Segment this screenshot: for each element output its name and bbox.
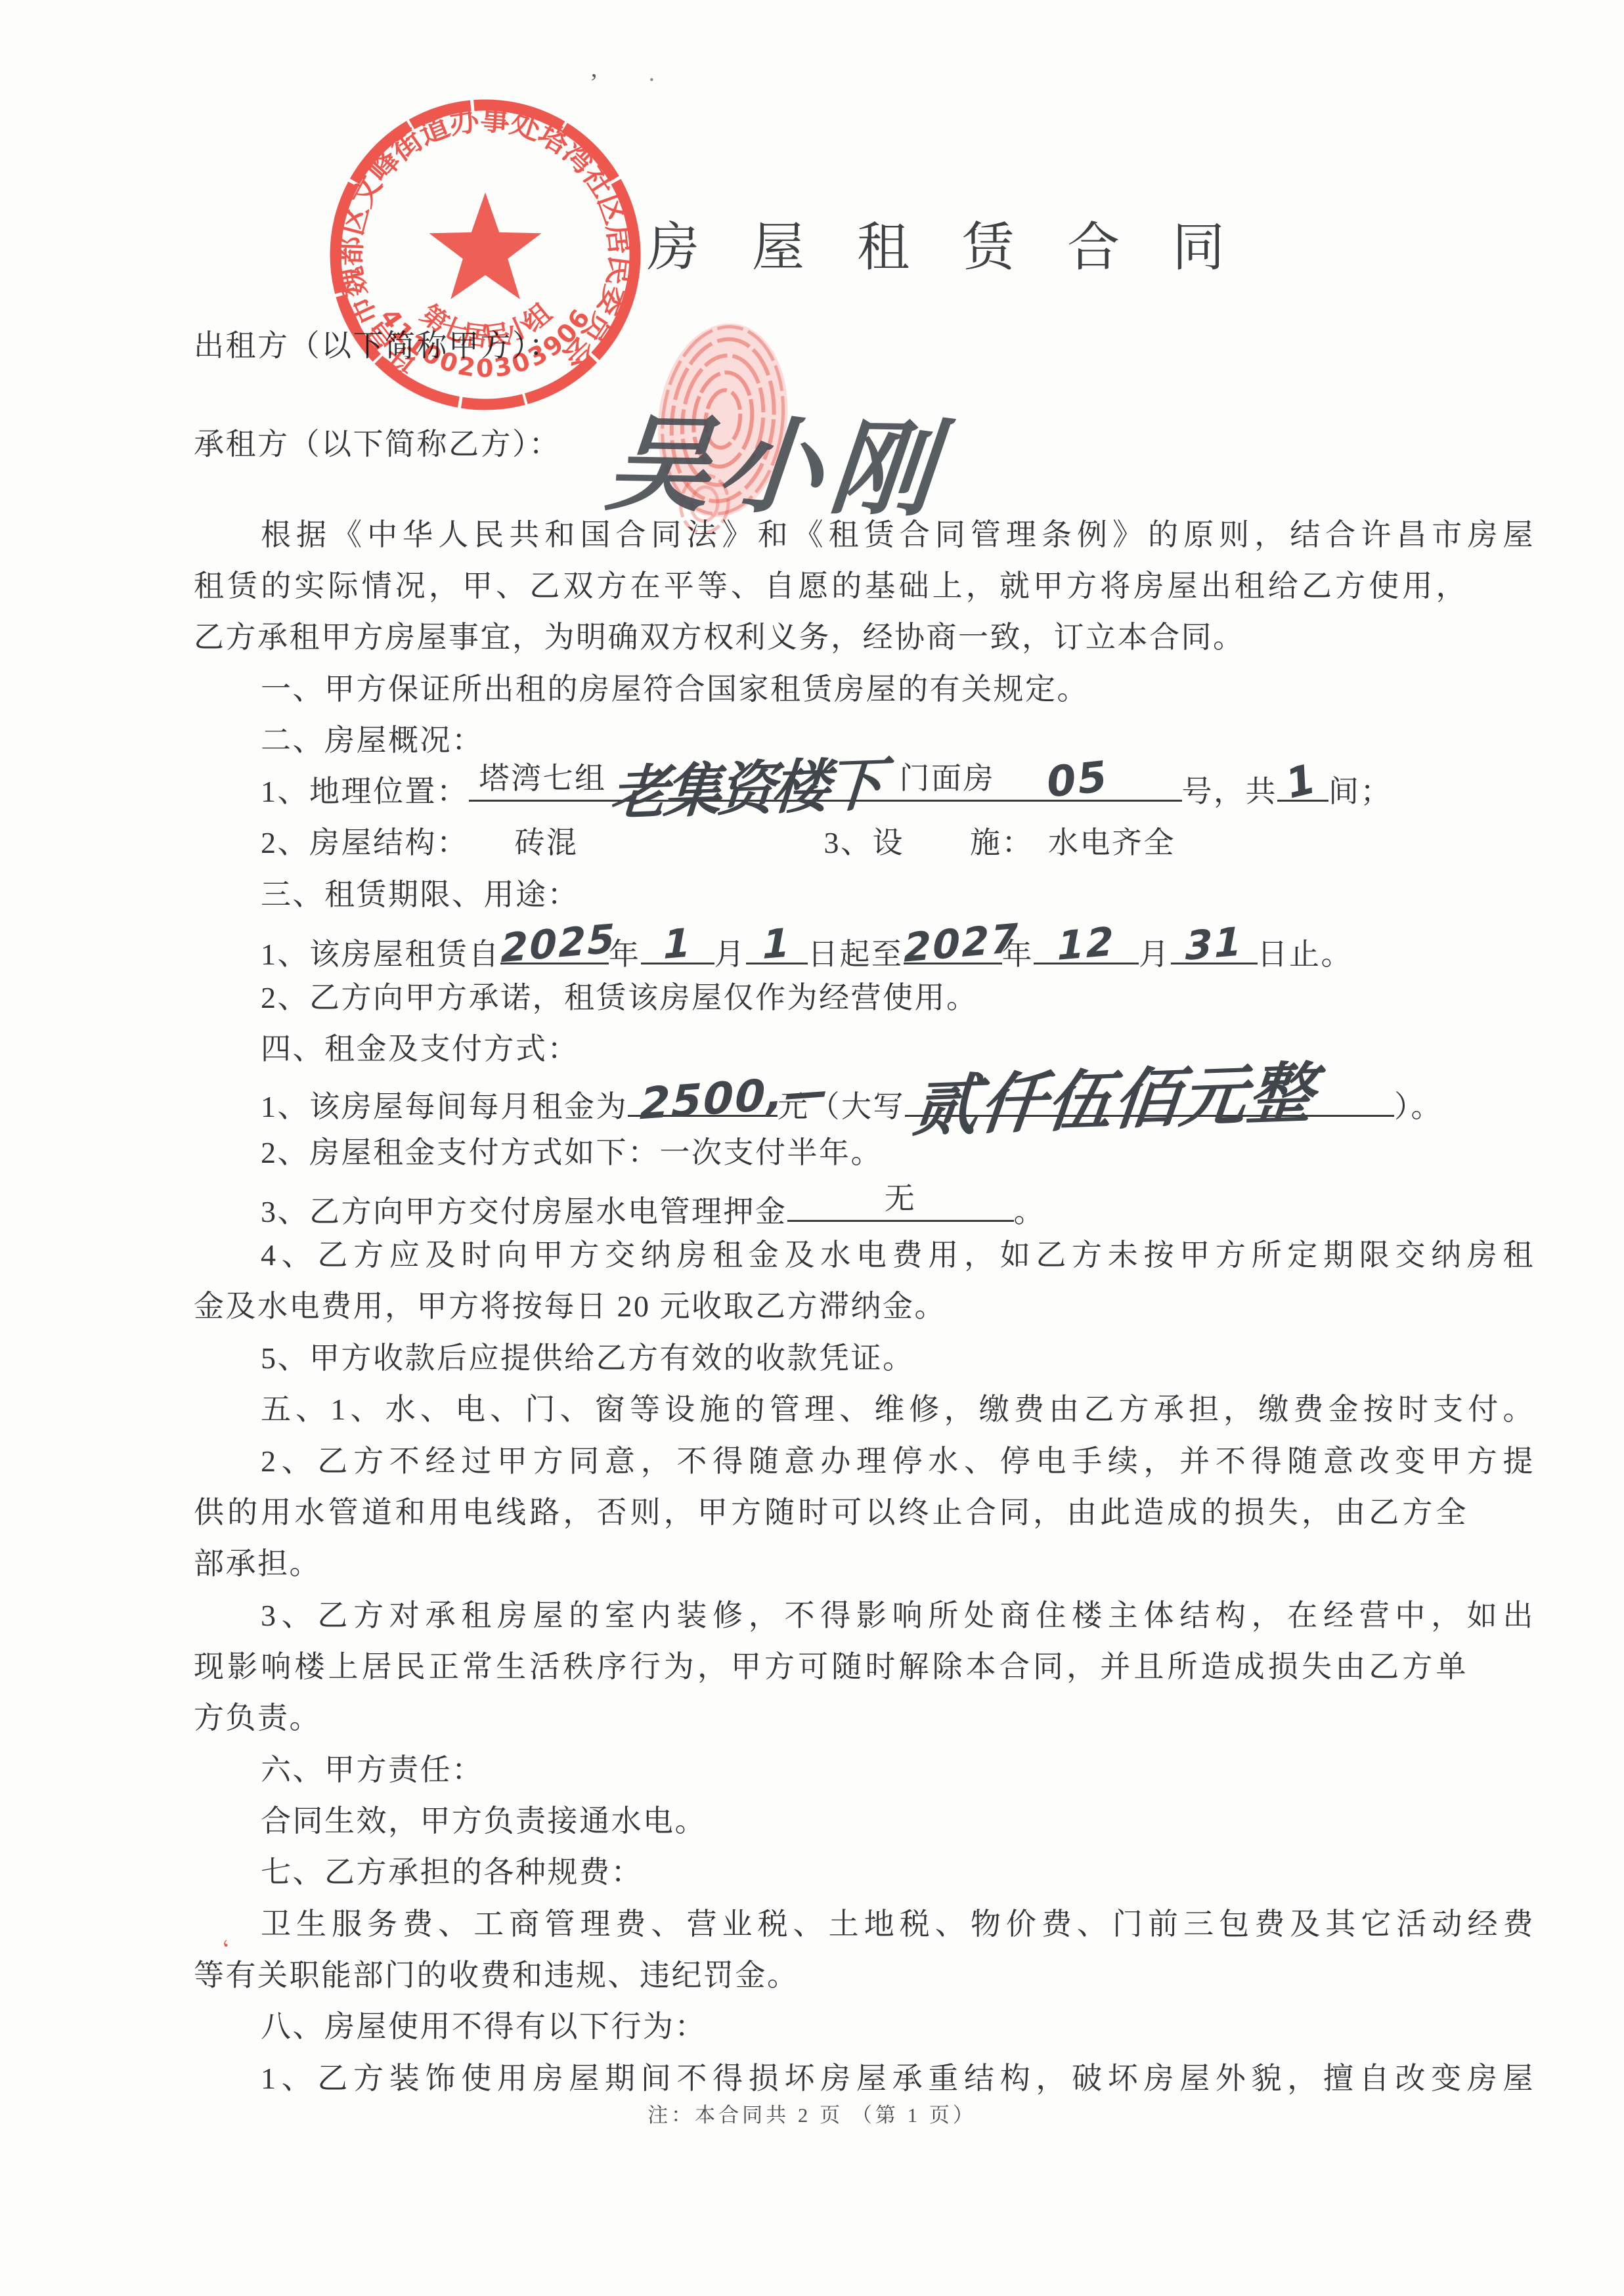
facility-value: 水电齐全 <box>1048 823 1175 863</box>
contract-line-seven-b1: 卫生服务费、工商管理费、营业税、土地税、物价费、门前三包费及其它活动经费 <box>194 1905 1535 1944</box>
official-seal-stamp: 许昌市魏都区文峰街道办事处塔湾社区居民委员会 第七居民小组 4110020303… <box>321 91 649 419</box>
handwritten-month2: 12 <box>1034 920 1138 968</box>
lessee-line: 承租方（以下简称乙方）： <box>194 420 561 464</box>
location-mid-label: 号，共 <box>1182 775 1278 808</box>
contract-line-five3c: 方负责。 <box>194 1699 1468 1738</box>
facility-label2: 施： <box>970 823 1034 863</box>
rent-suffix: ）。 <box>1394 1090 1443 1123</box>
contract-line-five2a: 2、乙方不经过甲方同意，不得随意办理停水、停电手续，并不得随意改变甲方提 <box>194 1442 1535 1481</box>
contract-line-intro2: 租赁的实际情况，甲、乙双方在平等、自愿的基础上，就甲方将房屋出租给乙方使用， <box>194 567 1468 606</box>
deposit-value: 无 <box>787 1179 1014 1219</box>
contract-line-clause1: 一、甲方保证所出租的房屋符合国家租赁房屋的有关规定。 <box>194 670 1535 709</box>
contract-line-pay4a: 4、乙方应及时向甲方交纳房租金及水电费用，如乙方未按甲方所定期限交纳房租 <box>194 1236 1535 1275</box>
contract-line-five1: 五、1、水、电、门、窗等设施的管理、维修，缴费由乙方承担，缴费金按时支付。 <box>194 1390 1535 1429</box>
contract-line-six-head: 六、甲方责任： <box>194 1750 1535 1790</box>
handwritten-rent-capital: 贰仟伍佰元整 <box>911 1073 1317 1127</box>
contract-line-five3b: 现影响楼上居民正常生活秩序行为，甲方可随时解除本合同，并且所造成损失由乙方单 <box>194 1647 1468 1687</box>
deposit-blank-underline: 无 <box>787 1183 1014 1222</box>
contract-line-seven-head: 七、乙方承担的各种规费： <box>194 1853 1535 1892</box>
contract-line-location: 1、地理位置：塔湾七组老集资楼下门面房05号，共1间； <box>194 763 1535 812</box>
year2-blank-underline: 2027 <box>904 926 1002 964</box>
rooms-blank-underline: 1 <box>1277 763 1328 802</box>
contract-line-pay4b: 金及水电费用，甲方将按每日 20 元收取乙方滞纳金。 <box>194 1287 1468 1326</box>
contract-line-eight-head: 八、房屋使用不得有以下行为： <box>194 2007 1535 2047</box>
handwritten-room-count: 1 <box>1282 758 1321 804</box>
contract-line-five2c: 部承担。 <box>194 1544 1468 1584</box>
end-label: 日止。 <box>1258 938 1353 971</box>
handwritten-day2: 31 <box>1171 921 1257 968</box>
seal-star-icon <box>429 192 541 299</box>
location-printed-type: 门面房 <box>900 759 996 798</box>
handwritten-day1: 1 <box>746 922 808 966</box>
contract-line-structure: 2、房屋结构：砖混3、设施：水电齐全 <box>194 823 1535 863</box>
contract-line-deposit: 3、乙方向甲方交付房屋水电管理押金无。 <box>194 1183 1535 1232</box>
contract-line-pay5: 5、甲方收款后应提供给乙方有效的收款凭证。 <box>194 1339 1535 1378</box>
handwritten-rent-amount: 2500,— <box>639 1072 830 1125</box>
contract-line-five2b: 供的用水管道和用电线路，否则，甲方随时可以终止合同，由此造成的损失，由乙方全 <box>194 1493 1468 1532</box>
rent-label: 1、该房屋每间每月租金为 <box>261 1090 628 1123</box>
until-label: 日起至 <box>808 938 904 971</box>
handwritten-location: 老集资楼下 <box>609 765 881 813</box>
location-suffix: 间； <box>1328 775 1392 808</box>
day1-blank-underline: 1 <box>746 926 808 964</box>
handwritten-signature: 吴小刚 <box>601 381 949 536</box>
contract-page: ’ · ‘ 房 屋 租 赁 合 同 许昌市魏都区文峰街道办事处塔湾社区居民委员会… <box>0 0 1624 2296</box>
rent-caps-underline: 贰仟伍佰元整 <box>905 1078 1394 1117</box>
handwritten-year1: 2025 <box>500 920 608 969</box>
deposit-suffix: 。 <box>1014 1195 1046 1228</box>
location-label: 1、地理位置： <box>261 775 469 808</box>
structure-label: 2、房屋结构： <box>261 826 469 859</box>
contract-line-seven-b2: 等有关职能部门的收费和违规、违纪罚金。 <box>194 1956 1468 1995</box>
handwritten-month1: 1 <box>641 921 714 967</box>
contract-line-clause4-head: 四、租金及支付方式： <box>194 1029 1535 1069</box>
contract-title: 房 屋 租 赁 合 同 <box>647 205 1244 280</box>
month-label: 月 <box>714 938 747 971</box>
contract-line-rent: 1、该房屋每间每月租金为2500,—元（大写贰仟伍佰元整）。 <box>194 1078 1535 1127</box>
rent-amount-underline: 2500,— <box>628 1078 778 1117</box>
contract-line-five3a: 3、乙方对承租房屋的室内装修，不得影响所处商住楼主体结构，在经营中，如出 <box>194 1596 1535 1635</box>
month-label: 月 <box>1139 938 1171 971</box>
structure-value: 砖混 <box>515 823 579 863</box>
contract-line-intro3: 乙方承租甲方房屋事宜，为明确双方权利义务，经协商一致，订立本合同。 <box>194 618 1468 657</box>
contract-line-six-body: 合同生效，甲方负责接通水电。 <box>194 1802 1535 1841</box>
location-blank-underline: 塔湾七组老集资楼下门面房05 <box>469 763 1182 802</box>
contract-line-clause3-head: 三、租赁期限、用途： <box>194 875 1535 915</box>
year1-blank-underline: 2025 <box>500 926 609 964</box>
contract-line-pay2: 2、房屋租金支付方式如下：一次支付半年。 <box>194 1133 1535 1173</box>
month2-blank-underline: 12 <box>1034 926 1139 964</box>
month1-blank-underline: 1 <box>641 926 714 964</box>
contract-line-lease-term: 1、该房屋租赁自2025年1月1日起至2027年12月31日止。 <box>194 926 1535 974</box>
contract-line-eight-b1: 1、乙方装饰使用房屋期间不得损坏房屋承重结构，破坏房屋外貌，擅自改变房屋 <box>194 2059 1535 2098</box>
lease-term-label: 1、该房屋租赁自 <box>261 938 500 971</box>
handwritten-year2: 2027 <box>904 920 1001 968</box>
deposit-label: 3、乙方向甲方交付房屋水电管理押金 <box>261 1195 787 1228</box>
facility-label: 3、设 <box>824 823 905 863</box>
handwritten-door-number: 05 <box>1045 757 1110 803</box>
location-printed-area: 塔湾七组 <box>479 759 607 798</box>
contract-line-use: 2、乙方向甲方承诺，租赁该房屋仅作为经营使用。 <box>194 978 1535 1018</box>
page-footer-note: 注：本合同共 2 页 （第 1 页） <box>0 2098 1624 2128</box>
day2-blank-underline: 31 <box>1171 926 1258 964</box>
